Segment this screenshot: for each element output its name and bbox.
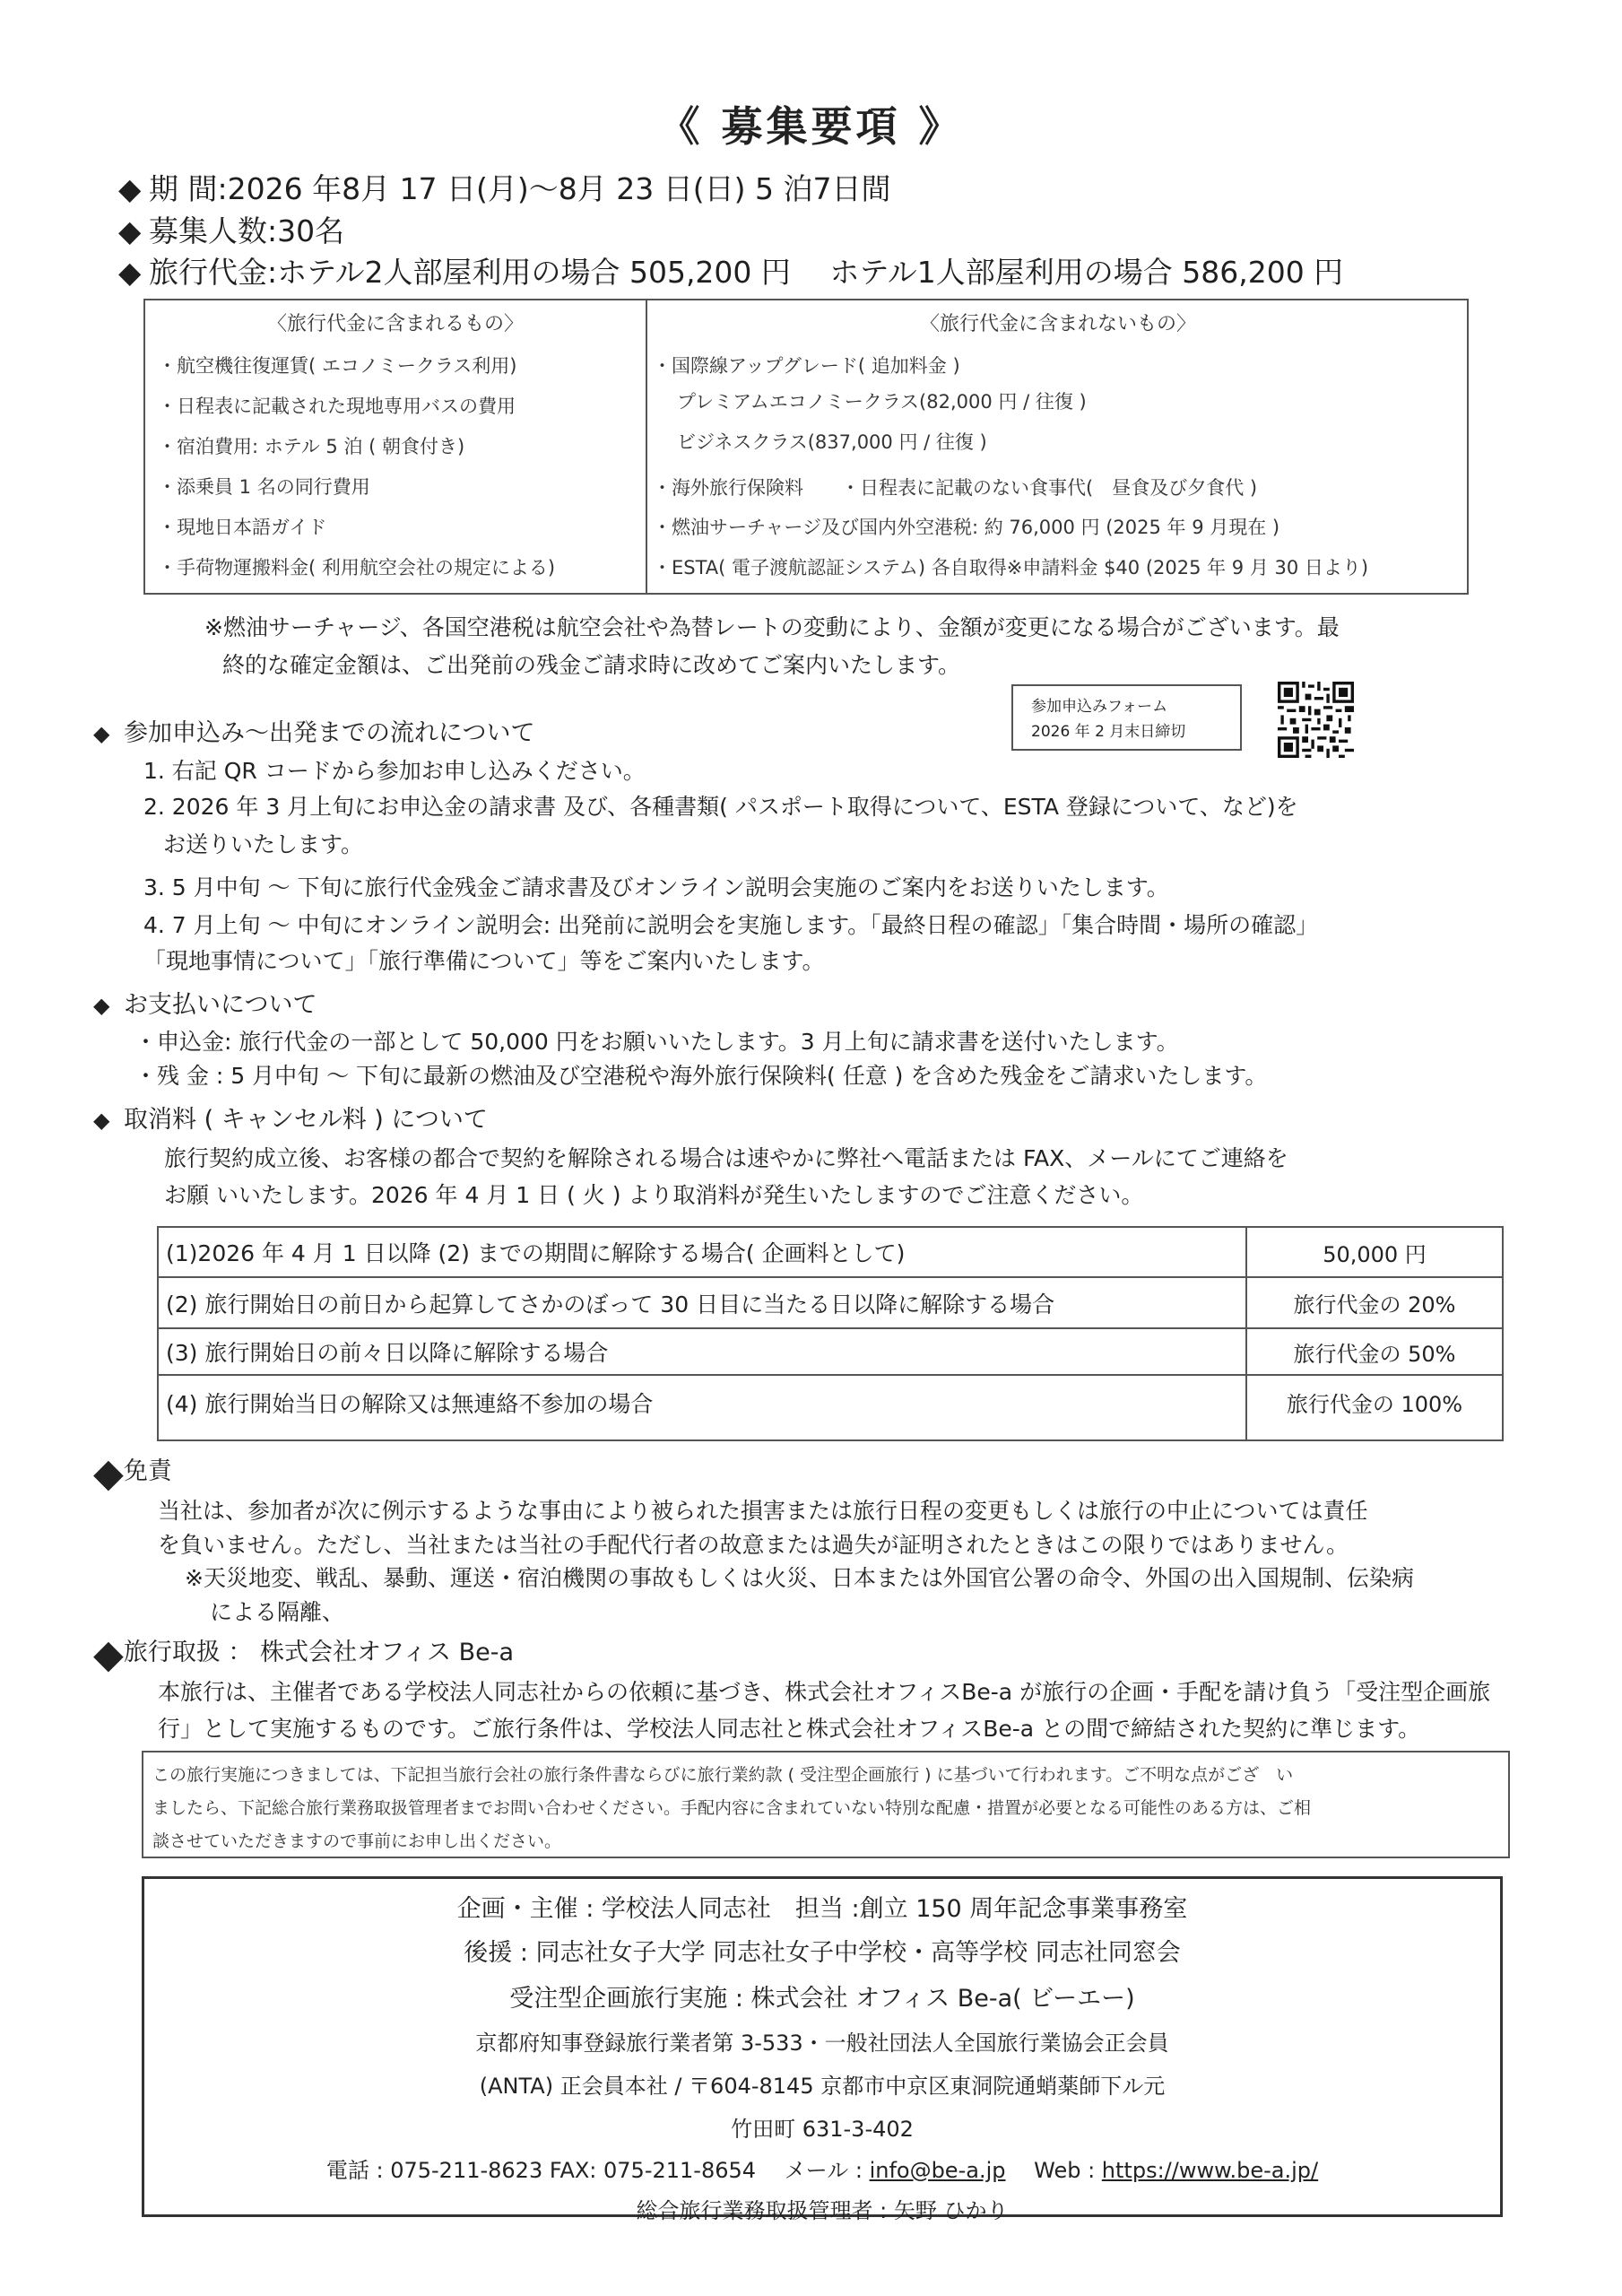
handling-text: 行」として実施するものです。ご旅行条件は、学校法人同志社と株式会社オフィスBe-…: [158, 1711, 1420, 1744]
price-text: 旅行代金:ホテル2人部屋利用の場合 505,200 円 ホテル1人部屋利用の場合…: [149, 255, 1343, 290]
cancellation-text: お願 いいたします。2026 年 4 月 1 日 ( 火 ) より取消料が発生い…: [164, 1178, 1143, 1210]
disclaimer-note: による隔離、: [210, 1595, 344, 1627]
included-item: ・航空機往復運賃( エコノミークラス利用): [158, 352, 516, 378]
handling-heading: ◆旅行取扱 ： 株式会社オフィス Be-a: [93, 1632, 514, 1674]
application-form-box[interactable]: 参加申込みフォーム 2026 年 2 月末日締切: [1011, 684, 1242, 751]
excluded-item: プレミアムエコノミークラス(82,000 円 / 往復 ): [677, 387, 1087, 414]
page-title: 《 募集要項 》: [0, 94, 1622, 153]
flow-step: 4. 7 月上旬 ～ 中旬にオンライン説明会: 出発前に説明会を実施します。「最…: [143, 908, 1318, 940]
flow-step-cont: 「現地事情について」「旅行準備について」等をご案内いたします。: [143, 944, 825, 976]
web-label: Web :: [1034, 2158, 1102, 2183]
disclaimer-note: ※天災地変、戦乱、暴動、運送・宿泊機関の事故もしくは火災、日本または外国官公署の…: [185, 1561, 1414, 1593]
organizer: 企画・主催 : 学校法人同志社 担当 :創立 150 周年記念事業事務室: [142, 1889, 1503, 1924]
surcharge-note: ※燃油サーチャージ、各国空港税は航空会社や為替レートの変動により、金額が変更にな…: [204, 610, 1340, 642]
fee-cell: 50,000 円: [1246, 1227, 1503, 1277]
table-row: (2) 旅行開始日の前日から起算してさかのぼって 30 日目に当たる日以降に解除…: [158, 1277, 1503, 1328]
diamond-icon: ◆: [93, 1108, 124, 1133]
fee-cell: 旅行代金の 50%: [1246, 1328, 1503, 1375]
condition-cell: (4) 旅行開始当日の解除又は無連絡不参加の場合: [158, 1375, 1246, 1440]
notice-text: 談させていただきますので事前にお申し出ください。: [152, 1828, 561, 1852]
diamond-icon: ◆: [93, 993, 124, 1018]
qr-code-icon[interactable]: [1278, 682, 1354, 758]
diamond-icon: ◆: [93, 721, 124, 746]
fee-cell: 旅行代金の 100%: [1246, 1375, 1503, 1440]
excluded-item: ・国際線アップグレード( 追加料金 ): [653, 352, 960, 378]
condition-cell: (2) 旅行開始日の前日から起算してさかのぼって 30 日目に当たる日以降に解除…: [158, 1277, 1246, 1328]
website-link[interactable]: https://www.be-a.jp/: [1102, 2158, 1318, 2183]
cancellation-heading: ◆取消料 ( キャンセル料 ) について: [93, 1100, 488, 1135]
excluded-item: ・ESTA( 電子渡航認証システム) 各自取得※申請料金 $40 (2025 年…: [653, 553, 1368, 580]
contact-line: 電話 : 075-211-8623 FAX: 075-211-8654 メール …: [142, 2152, 1503, 2184]
flow-step: 3. 5 月中旬 ～ 下旬に旅行代金残金ご請求書及びオンライン説明会実施のご案内…: [143, 870, 1169, 902]
included-item: ・日程表に記載された現地専用バスの費用: [158, 392, 516, 419]
notice-text: この旅行実施につきましては、下記担当旅行会社の旅行条件書ならびに旅行業約款 ( …: [152, 1761, 1293, 1786]
cancellation-text: 旅行契約成立後、お客様の都合で契約を解除される場合は速やかに弊社へ電話または F…: [164, 1141, 1288, 1173]
operator: 受注型企画旅行実施 : 株式会社 オフィス Be-a( ビーエー): [142, 1979, 1503, 2013]
excluded-item: ビジネスクラス(837,000 円 / 往復 ): [677, 428, 987, 455]
support: 後援 : 同志社女子大学 同志社女子中学校・高等学校 同志社同窓会: [142, 1933, 1503, 1968]
disclaimer-heading: ◆免責: [93, 1451, 172, 1493]
flow-step: 2. 2026 年 3 月上旬にお申込金の請求書 及び、各種書類( パスポート取…: [143, 789, 1298, 822]
mail-label: メール :: [785, 2158, 870, 2183]
application-deadline: 2026 年 2 月末日締切: [1031, 718, 1185, 741]
flow-step: 1. 右記 QR コードから参加お申し込みください。: [143, 753, 646, 786]
disclaimer-text: を負いません。ただし、当社または当社の手配代行者の故意または過失が証明されたとき…: [158, 1527, 1349, 1560]
disclaimer-text: 当社は、参加者が次に例示するような事由により被られた損害または旅行日程の変更もし…: [158, 1493, 1368, 1526]
included-item: ・添乗員 1 名の同行費用: [158, 473, 370, 500]
condition-cell: (3) 旅行開始日の前々日以降に解除する場合: [158, 1328, 1246, 1375]
table-row: (3) 旅行開始日の前々日以降に解除する場合 旅行代金の 50%: [158, 1328, 1503, 1375]
flow-step-cont: お送りいたします。: [163, 827, 363, 859]
diamond-icon: ◆: [118, 255, 149, 290]
capacity-line: ◆募集人数:30名: [118, 208, 344, 250]
notice-text: ましたら、下記総合旅行業務取扱管理者までお問い合わせください。手配内容に含まれて…: [152, 1795, 1311, 1819]
table-row: (1)2026 年 4 月 1 日以降 (2) までの期間に解除する場合( 企画…: [158, 1227, 1503, 1277]
payment-line: ・残 金 : 5 月中旬 ～ 下旬に最新の燃油及び空港税や海外旅行保険料( 任意…: [134, 1058, 1267, 1091]
excluded-item: ・海外旅行保険料 ・日程表に記載のない食事代( 昼食及び夕食代 ): [653, 474, 1257, 500]
diamond-icon: ◆: [118, 213, 149, 248]
condition-cell: (1)2026 年 4 月 1 日以降 (2) までの期間に解除する場合( 企画…: [158, 1227, 1246, 1277]
cancellation-fee-table: (1)2026 年 4 月 1 日以降 (2) までの期間に解除する場合( 企画…: [157, 1226, 1504, 1441]
period-line: ◆期 間:2026 年8月 17 日(月)～8月 23 日(日) 5 泊7日間: [118, 166, 890, 208]
payment-line: ・申込金: 旅行代金の一部として 50,000 円をお願いいたします。3 月上旬…: [134, 1024, 1179, 1057]
included-item: ・現地日本語ガイド: [158, 513, 326, 540]
diamond-icon: ◆: [93, 1450, 124, 1496]
payment-heading: ◆お支払いについて: [93, 985, 317, 1020]
phone-fax: 電話 : 075-211-8623 FAX: 075-211-8654: [326, 2158, 756, 2183]
included-item: ・宿泊費用: ホテル 5 泊 ( 朝食付き): [158, 432, 464, 459]
handling-text: 本旅行は、主催者である学校法人同志社からの依頼に基づき、株式会社オフィスBe-a…: [158, 1674, 1490, 1707]
included-header: 〈旅行代金に含まれるもの〉: [145, 309, 646, 336]
application-form-label: 参加申込みフォーム: [1031, 693, 1167, 716]
email-link[interactable]: info@be-a.jp: [870, 2158, 1006, 2183]
period-text: 期 間:2026 年8月 17 日(月)～8月 23 日(日) 5 泊7日間: [149, 171, 890, 206]
surcharge-note: 終的な確定金額は、ご出発前の残金ご請求時に改めてご案内いたします。: [222, 648, 960, 680]
excluded-header: 〈旅行代金に含まれないもの〉: [647, 309, 1469, 336]
diamond-icon: ◆: [93, 1631, 124, 1677]
included-item: ・手荷物運搬料金( 利用航空会社の規定による): [158, 553, 555, 580]
notice-box: この旅行実施につきましては、下記担当旅行会社の旅行条件書ならびに旅行業約款 ( …: [142, 1751, 1510, 1858]
excluded-item: ・燃油サーチャージ及び国内外空港税: 約 76,000 円 (2025 年 9 …: [653, 513, 1279, 540]
table-row: (4) 旅行開始当日の解除又は無連絡不参加の場合 旅行代金の 100%: [158, 1375, 1503, 1440]
travel-manager: 総合旅行業務取扱管理者 : 矢野 ひかり: [142, 2193, 1503, 2224]
diamond-icon: ◆: [118, 171, 149, 206]
address-line-1: (ANTA) 正会員本社 / 〒604-8145 京都市中京区東洞院通蛸薬師下ル…: [142, 2068, 1503, 2100]
registration: 京都府知事登録旅行業者第 3-533・一般社団法人全国旅行業協会正会員: [142, 2025, 1503, 2057]
fee-cell: 旅行代金の 20%: [1246, 1277, 1503, 1328]
capacity-text: 募集人数:30名: [149, 213, 344, 248]
inclusions-divider: [646, 299, 647, 595]
flow-heading: ◆参加申込み～出発までの流れについて: [93, 713, 534, 748]
price-line: ◆旅行代金:ホテル2人部屋利用の場合 505,200 円 ホテル1人部屋利用の場…: [118, 249, 1343, 291]
address-line-2: 竹田町 631-3-402: [142, 2111, 1503, 2143]
